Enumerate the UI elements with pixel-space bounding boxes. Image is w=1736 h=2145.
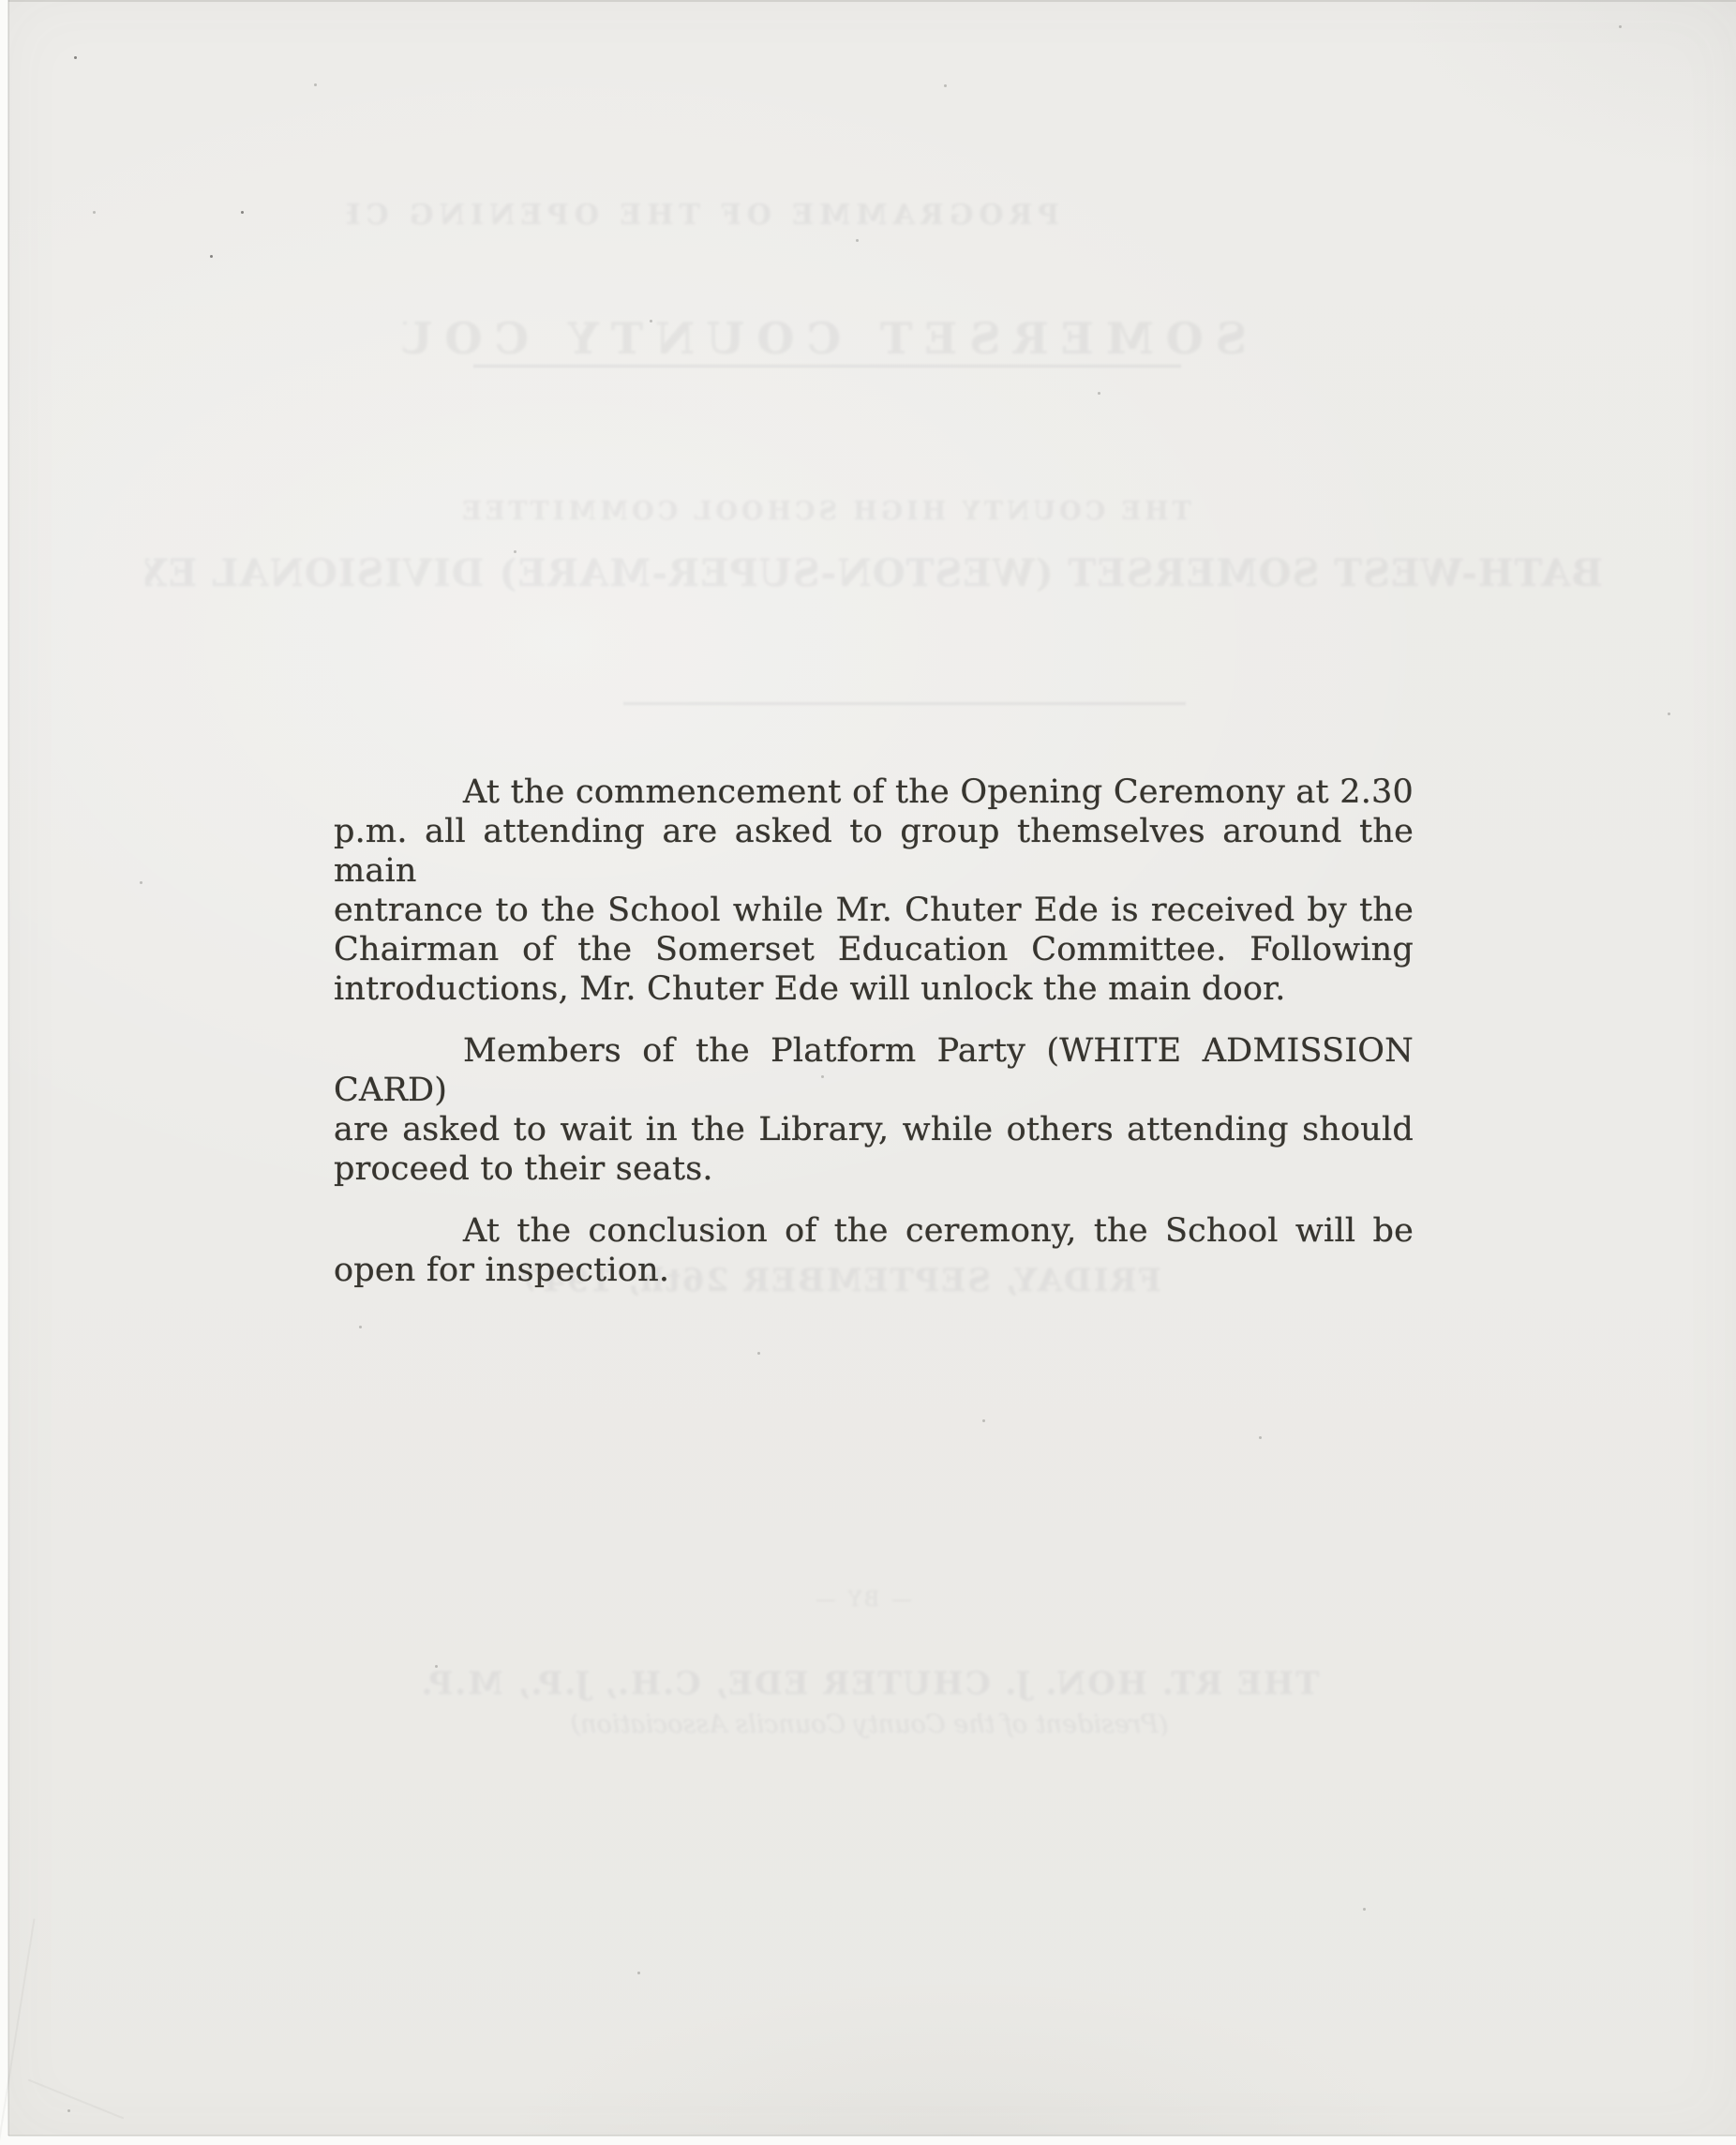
paragraph-line: Chairman of the Somerset Education Commi… <box>334 930 1414 969</box>
paragraph-line: proceed to their seats. <box>334 1149 1414 1189</box>
body-text: At the commencement of the Opening Cerem… <box>334 772 1414 1290</box>
paragraph-line: are asked to wait in the Library, while … <box>334 1110 1414 1149</box>
paragraph: Members of the Platform Party (WHITE ADM… <box>334 1031 1414 1189</box>
paragraph-line: introductions, Mr. Chuter Ede will unloc… <box>334 969 1414 1009</box>
paragraph-line: Members of the Platform Party (WHITE ADM… <box>334 1031 1414 1110</box>
paragraph-line: open for inspection. <box>334 1251 1414 1290</box>
scanned-document-page: { "document": { "kind": "scanned printed… <box>0 0 1736 2145</box>
paragraph-line: p.m. all attending are asked to group th… <box>334 812 1414 891</box>
paragraph: At the commencement of the Opening Cerem… <box>334 772 1414 1009</box>
paragraph-line: At the conclusion of the ceremony, the S… <box>334 1211 1414 1251</box>
paragraph: At the conclusion of the ceremony, the S… <box>334 1211 1414 1290</box>
paragraph-line: At the commencement of the Opening Cerem… <box>334 772 1414 812</box>
paragraph-line: entrance to the School while Mr. Chuter … <box>334 891 1414 930</box>
